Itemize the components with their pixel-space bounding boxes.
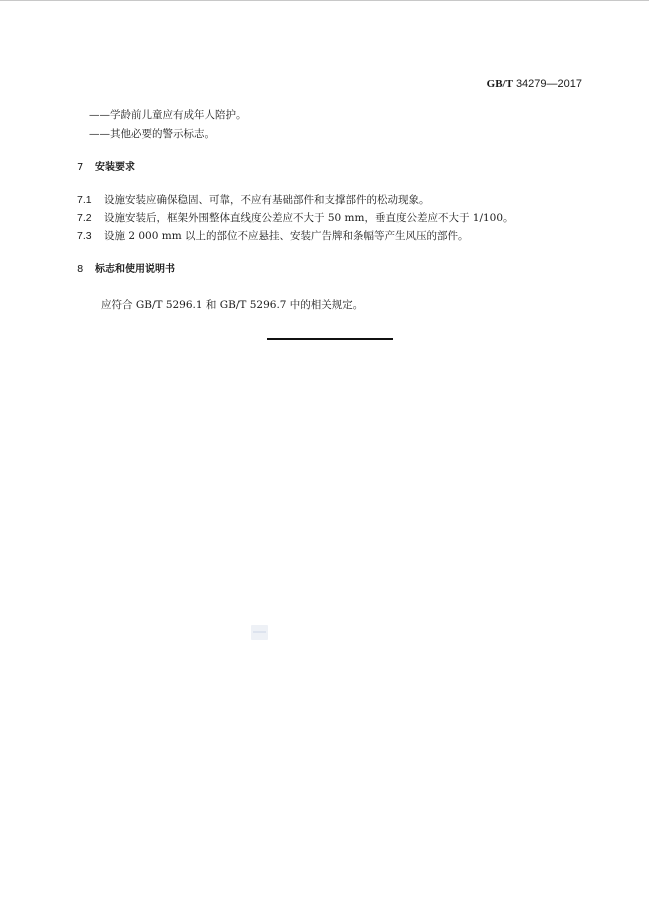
section-number: 7	[77, 161, 95, 175]
clause-text: 设施安装后，框架外围整体直线度公差应不大于 50 mm，垂直度公差应不大于 1/…	[104, 212, 514, 224]
clause-text: 设施 2 000 mm 以上的部位不应悬挂、安装广告牌和条幅等产生风压的部件。	[104, 230, 468, 242]
section-title: 安装要求	[95, 162, 135, 173]
clause-7-3: 7.3设施 2 000 mm 以上的部位不应悬挂、安装广告牌和条幅等产生风压的部…	[77, 229, 468, 243]
clause-7-2: 7.2设施安装后，框架外围整体直线度公差应不大于 50 mm，垂直度公差应不大于…	[77, 211, 514, 225]
clause-number: 7.3	[77, 229, 104, 243]
clause-text: 设施安装应确保稳固、可靠，不应有基础部件和支撑部件的松动现象。	[104, 194, 430, 206]
section-heading-7: 7安装要求	[77, 161, 135, 175]
clause-number: 7.2	[77, 211, 104, 225]
standard-code-header: GB/T34279—2017	[487, 77, 582, 90]
clause-7-1: 7.1设施安装应确保稳固、可靠，不应有基础部件和支撑部件的松动现象。	[77, 193, 430, 207]
dash-item: ——其他必要的警示标志。	[89, 127, 215, 141]
section-heading-8: 8标志和使用说明书	[77, 263, 175, 277]
page-top-border	[0, 0, 649, 1]
dash-item: ——学龄前儿童应有成年人陪护。	[89, 108, 247, 122]
section-number: 8	[77, 263, 95, 277]
standard-number: 34279—2017	[516, 78, 582, 90]
section-title: 标志和使用说明书	[95, 264, 175, 275]
clause-number: 7.1	[77, 193, 104, 207]
watermark-icon	[251, 625, 268, 640]
standard-prefix: GB/T	[487, 78, 513, 90]
end-of-document-rule	[267, 338, 393, 340]
section-8-paragraph: 应符合 GB/T 5296.1 和 GB/T 5296.7 中的相关规定。	[101, 298, 363, 312]
